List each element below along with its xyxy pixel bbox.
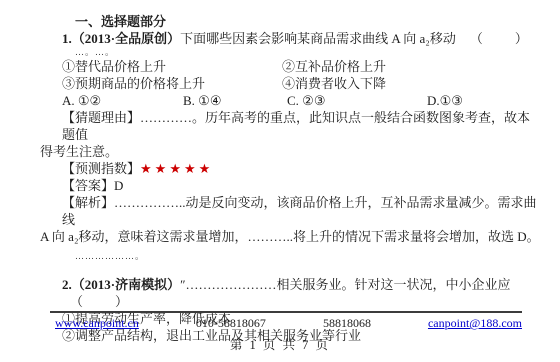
- question1-choice-d: D.①③: [427, 93, 463, 108]
- footer-phone1: 010-58818067: [196, 316, 266, 330]
- question1-choices-row: A. ①②B. ①④C. ②③D.①③: [40, 92, 540, 109]
- footer-contact-row: www.canpoint.cn 010-58818067 58818068 ca…: [55, 316, 522, 330]
- footer-phone2: 58818068: [323, 316, 371, 330]
- page-number: 第 1 页 共 7 页: [0, 335, 560, 353]
- document-page: 一、选择题部分 1.（2013·全品原创）下面哪些因素会影响某商品需求曲线 A …: [0, 0, 560, 362]
- question2-stem: 相关服务业。针对这一状况，中小企业应: [277, 277, 511, 292]
- document-content: 一、选择题部分 1.（2013·全品原创）下面哪些因素会影响某商品需求曲线 A …: [0, 0, 560, 344]
- question1-choice-a: A. ①②: [62, 92, 183, 109]
- question1-option-4: ④消费者收入下降: [282, 75, 386, 92]
- question1-options-row-1: ①替代品价格上升 ②互补品价格上升: [40, 58, 540, 75]
- question2-answer-bracket: （ ）: [70, 294, 130, 309]
- question1-tag: 1.（2013·全品原创）: [62, 31, 180, 46]
- question1-guess-reason-line1: 【猜题理由】…………。历年高考的重点，此知识点一般结合函数图象考查，故本题值: [40, 109, 540, 143]
- footer-email-link[interactable]: canpoint@188.com: [428, 316, 522, 330]
- question1-answer-line: 【答案】D: [40, 177, 540, 194]
- question1-stem-line: 1.（2013·全品原创）下面哪些因素会影响某商品需求曲线 A 向 a₂移动（ …: [40, 30, 540, 47]
- question1-stem: 下面哪些因素会影响某商品需求曲线 A 向 a₂移动: [180, 31, 456, 46]
- section-header: 一、选择题部分: [40, 13, 540, 30]
- question1-ellipsis-note: …。…。: [40, 47, 540, 58]
- question1-choice-b: B. ①④: [183, 92, 287, 109]
- question1-options-row-2: ③预期商品的价格将上升 ④消费者收入下降: [40, 75, 540, 92]
- question2-stem-line: 2.（2013·济南模拟）″…………………相关服务业。针对这一状况，中小企业应（…: [40, 276, 540, 310]
- question1-answer-bracket: （ ）: [470, 31, 530, 46]
- question2-stem-prefix: ″…………………: [180, 277, 276, 292]
- question1-option-3: ③预期商品的价格将上升: [62, 75, 282, 92]
- question2-tag: 2.（2013·济南模拟）: [62, 277, 180, 292]
- question1-option-1: ①替代品价格上升: [62, 58, 282, 75]
- question1-prediction-line: 【预测指数】★★★★★: [40, 160, 540, 177]
- footer-divider: [50, 311, 522, 313]
- question1-trailing-dots: ………………。: [40, 251, 540, 262]
- star-rating-icon: ★★★★★: [140, 161, 213, 176]
- prediction-label: 【预测指数】: [62, 161, 140, 176]
- question1-guess-reason-line2: 得考生注意。: [40, 143, 540, 160]
- question1-analysis-line2: A 向 a₂移动，意味着这需求量增加，………..将上升的情况下需求量将会增加，故…: [40, 228, 540, 245]
- question1-analysis-line1: 【解析】……………..动是反向变动，该商品价格上升，互补品需求量减少。需求曲线: [40, 194, 540, 228]
- question1-option-2: ②互补品价格上升: [282, 58, 386, 75]
- question1-choice-c: C. ②③: [287, 92, 427, 109]
- footer-website-link[interactable]: www.canpoint.cn: [55, 316, 139, 330]
- page-footer: www.canpoint.cn 010-58818067 58818068 ca…: [0, 311, 560, 353]
